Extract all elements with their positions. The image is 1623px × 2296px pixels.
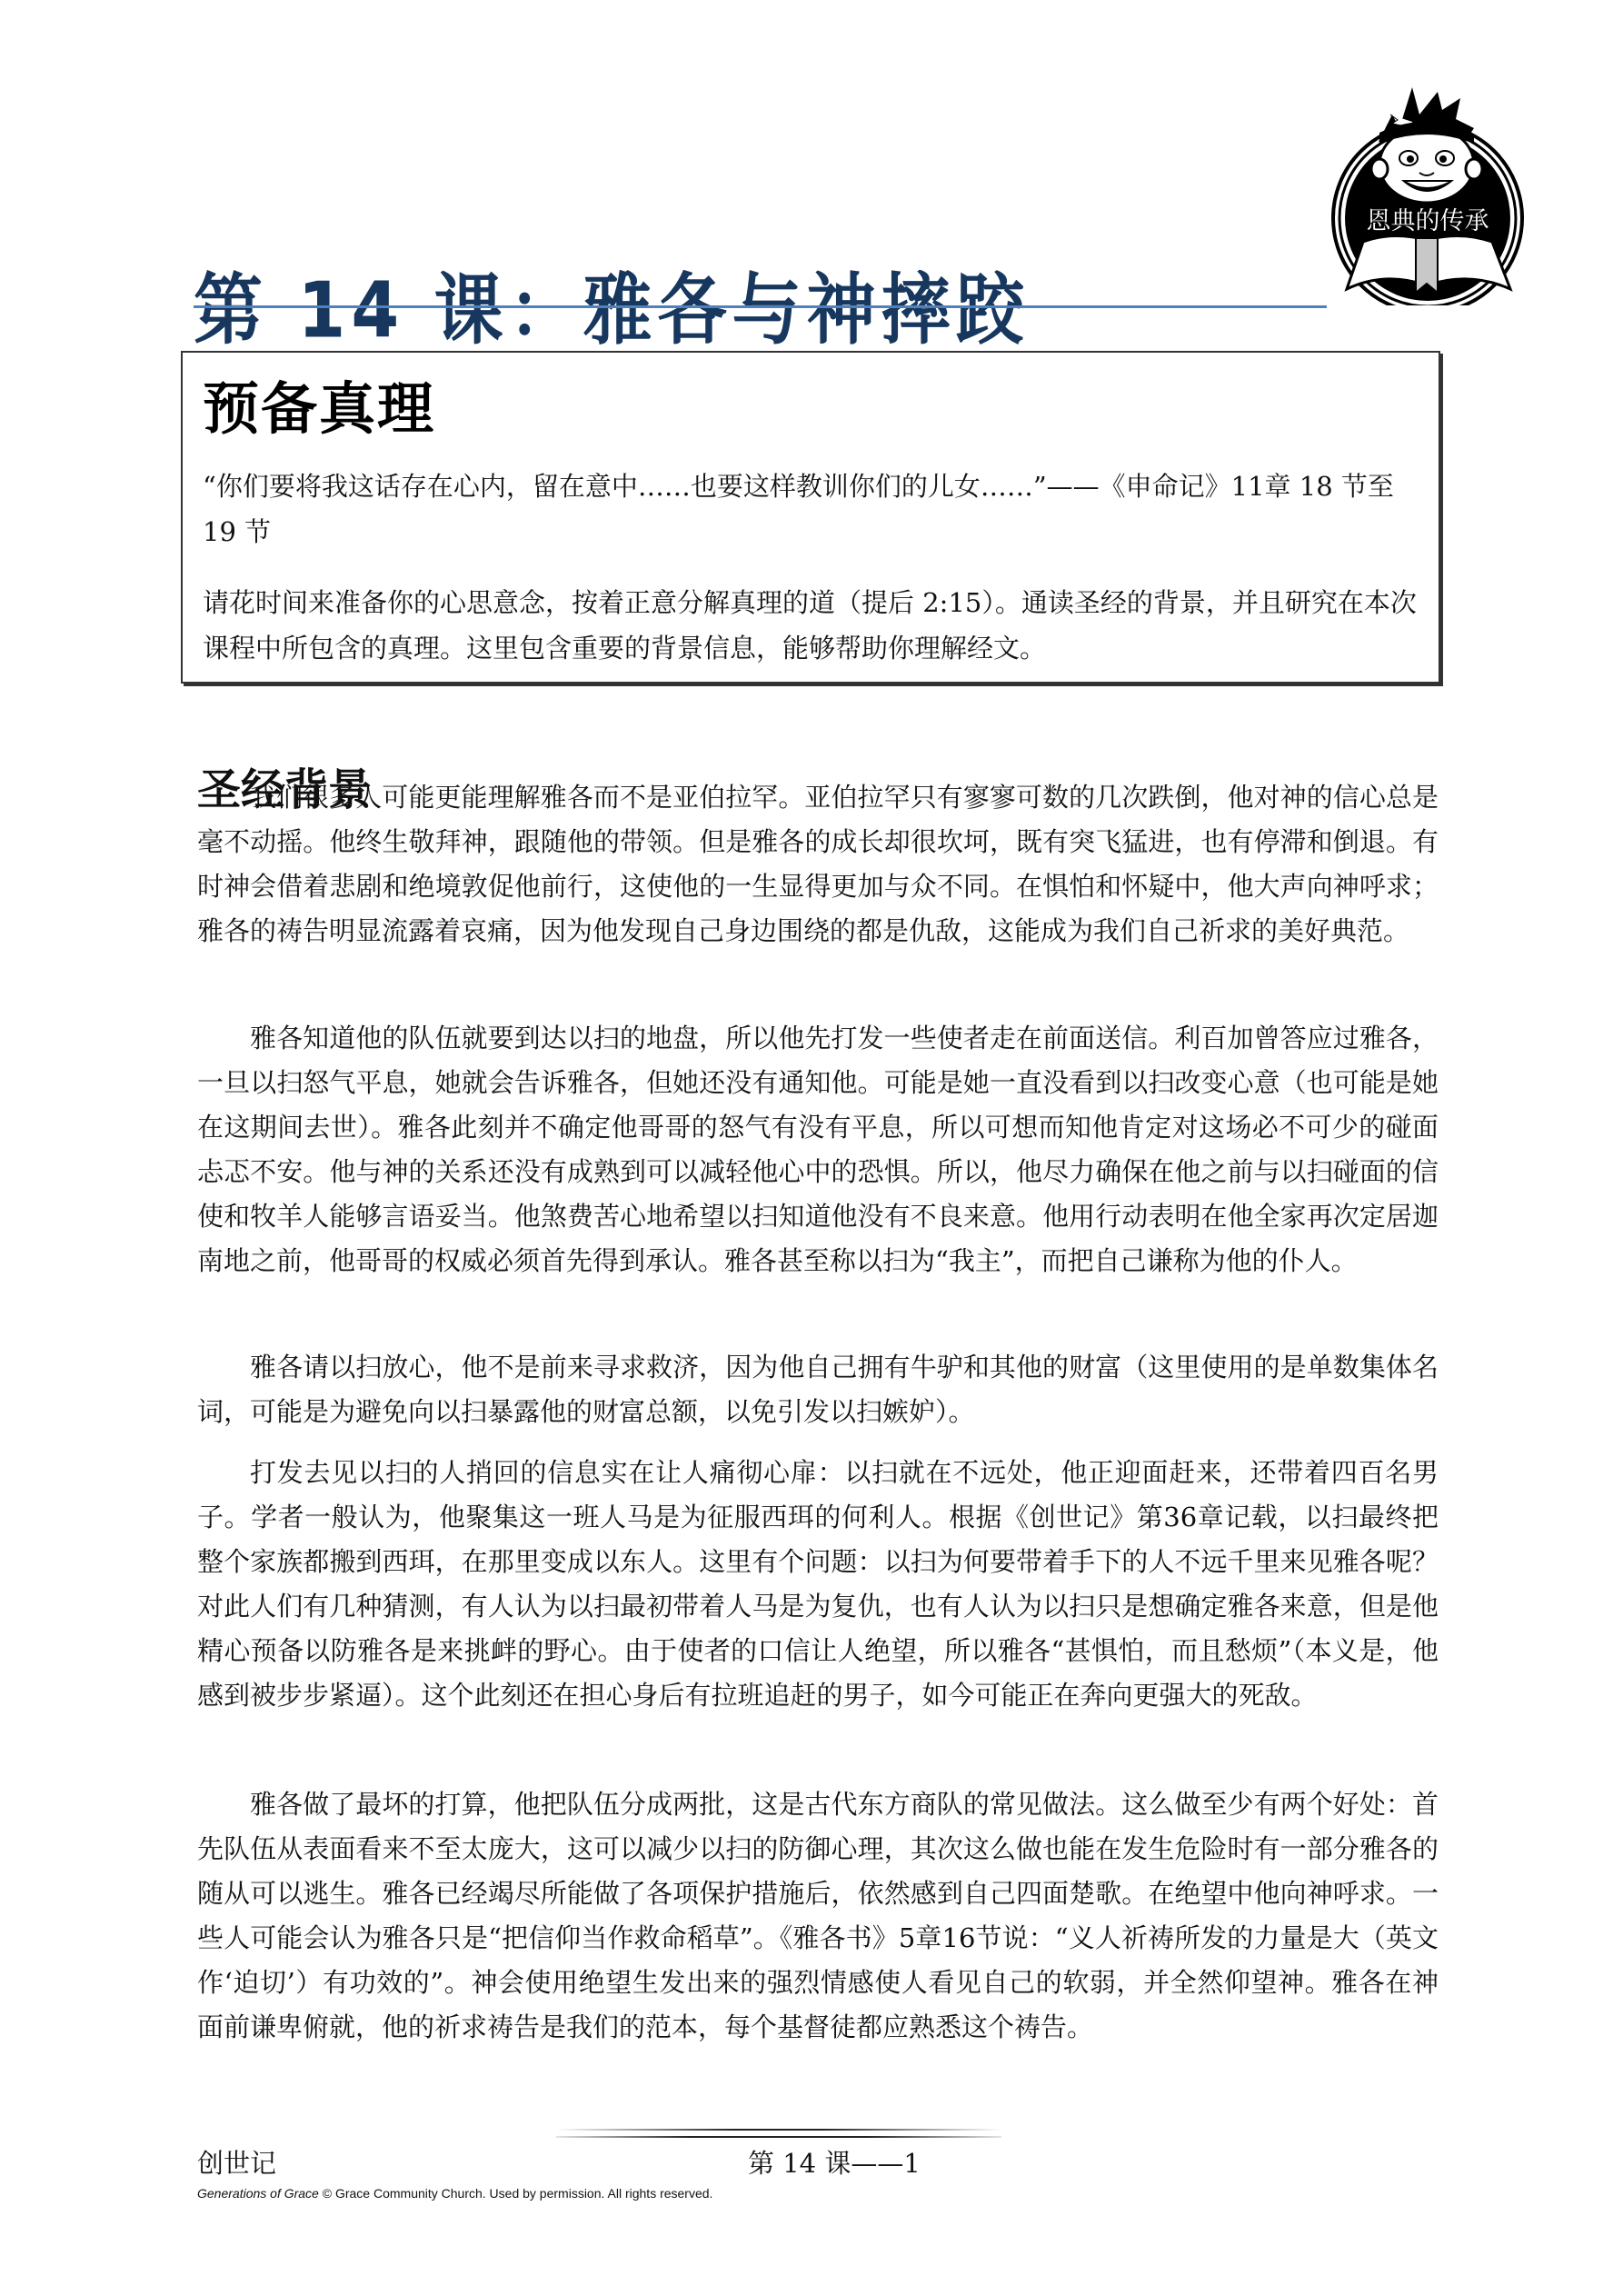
generations-of-grace-logo: 恩典的传承 bbox=[1329, 78, 1528, 305]
memory-verse: “你们要将我这话存在心内，留在意中……也要这样教训你们的儿女……”——《申命记》… bbox=[203, 464, 1420, 554]
prep-heading: 预备真理 bbox=[203, 364, 435, 444]
body-paragraph: 雅各做了最坏的打算，他把队伍分成两批，这是古代东方商队的常见做法。这么做至少有两… bbox=[197, 1782, 1439, 2050]
body-paragraph: 雅各请以扫放心，他不是前来寻求救济，因为他自己拥有牛驴和其他的财富（这里使用的是… bbox=[197, 1345, 1439, 1434]
footer-page-number: 第 14 课——1 bbox=[748, 2143, 921, 2181]
lesson-title: 第 14 课：雅各与神摔跤 bbox=[194, 248, 1031, 359]
footer-ornament-line bbox=[556, 2136, 1001, 2138]
body-paragraph: 我们很多人可能更能理解雅各而不是亚伯拉罕。亚伯拉罕只有寥寥可数的几次跌倒，他对神… bbox=[197, 775, 1439, 953]
copyright-notice: Generations of Grace © Grace Community C… bbox=[197, 2186, 712, 2201]
prep-instructions: 请花时间来准备你的心思意念，按着正意分解真理的道（提后 2:15）。通读圣经的背… bbox=[203, 580, 1420, 671]
copyright-title: Generations of Grace bbox=[197, 2186, 319, 2201]
copyright-text: © Grace Community Church. Used by permis… bbox=[319, 2186, 713, 2201]
prepare-truth-box: 预备真理 “你们要将我这话存在心内，留在意中……也要这样教训你们的儿女……”——… bbox=[181, 351, 1440, 684]
footer-book-name: 创世记 bbox=[197, 2143, 276, 2181]
logo-boy-reading-icon: 恩典的传承 bbox=[1329, 78, 1528, 305]
footer-ornament-line bbox=[556, 2129, 1001, 2131]
svg-text:恩典的传承: 恩典的传承 bbox=[1367, 207, 1489, 235]
body-paragraph: 雅各知道他的队伍就要到达以扫的地盘，所以他先打发一些使者走在前面送信。利百加曾答… bbox=[197, 1016, 1439, 1283]
title-divider bbox=[194, 305, 1327, 308]
body-paragraph: 打发去见以扫的人捎回的信息实在让人痛彻心扉：以扫就在不远处，他正迎面赶来，还带着… bbox=[197, 1451, 1439, 1718]
